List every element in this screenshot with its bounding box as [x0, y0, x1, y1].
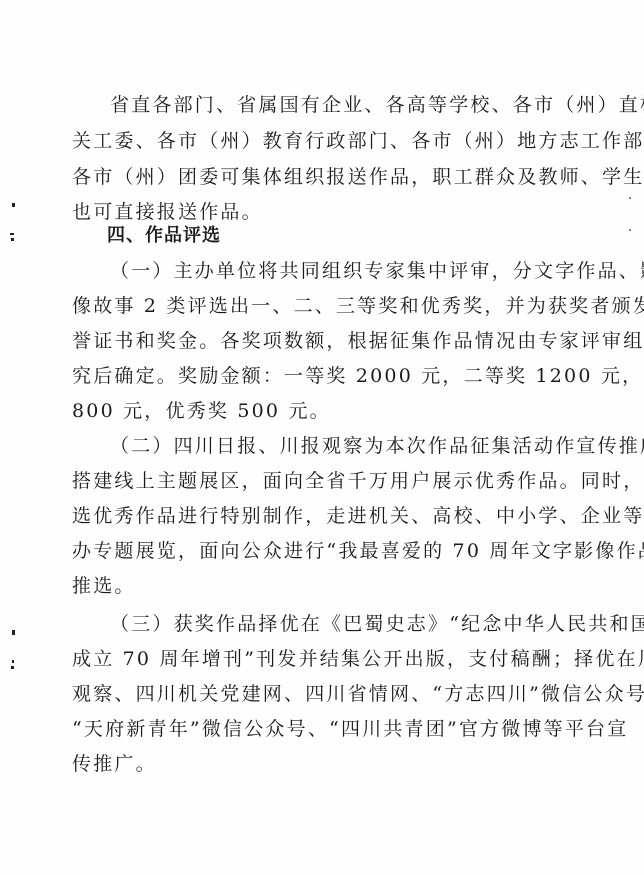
- item1-line-4: 究后确定。奖励金额：一等奖 2000 元，二等奖 1200 元，三等奖: [72, 364, 572, 388]
- item3-line-5: 传推广。: [72, 752, 572, 776]
- scan-speck: [629, 197, 631, 199]
- item1-line-5: 800 元，优秀奖 500 元。: [72, 399, 572, 423]
- document-page: 省直各部门、省属国有企业、各高等学校、各市（州）直机 关工委、各市（州）教育行政…: [0, 0, 644, 875]
- item2-line-3: 选优秀作品进行特别制作，走进机关、高校、中小学、企业等举: [72, 504, 572, 528]
- intro-line-3: 各市（州）团委可集体组织报送作品，职工群众及教师、学生等: [72, 165, 572, 189]
- item2-line-4: 办专题展览，面向公众进行“我最喜爱的 70 周年文字影像作品”: [72, 539, 572, 563]
- binding-hole-mark: [12, 660, 14, 663]
- item2-line-5: 推选。: [72, 574, 572, 598]
- binding-hole-mark: [11, 666, 14, 669]
- item2-line-1: （二）四川日报、川报观察为本次作品征集活动作宣传推广，: [110, 434, 572, 458]
- item1-line-2: 像故事 2 类评选出一、二、三等奖和优秀奖，并为获奖者颁发荣: [72, 294, 572, 318]
- item3-line-4: “天府新青年”微信公众号、“四川共青团”官方微博等平台宣: [72, 717, 572, 741]
- intro-line-1: 省直各部门、省属国有企业、各高等学校、各市（州）直机: [110, 93, 572, 117]
- item1-line-3: 誉证书和奖金。各奖项数额，根据征集作品情况由专家评审组研: [72, 329, 572, 353]
- binding-hole-mark: [12, 630, 15, 635]
- item3-line-2: 成立 70 周年增刊”刊发并结集公开出版，支付稿酬；择优在川报: [72, 647, 572, 671]
- item3-line-1: （三）获奖作品择优在《巴蜀史志》“纪念中华人民共和国: [110, 612, 572, 636]
- scan-speck: [629, 229, 631, 231]
- intro-line-2: 关工委、各市（州）教育行政部门、各市（州）地方志工作部门、: [72, 129, 572, 153]
- intro-line-4: 也可直接报送作品。: [72, 200, 572, 224]
- binding-hole-mark: [12, 203, 15, 207]
- item3-line-3: 观察、四川机关党建网、四川省情网、“方志四川”微信公众号、: [72, 682, 572, 706]
- item2-line-2: 搭建线上主题展区，面向全省千万用户展示优秀作品。同时，遴: [72, 469, 572, 493]
- binding-hole-mark: [11, 238, 14, 241]
- binding-hole-mark: [10, 233, 14, 235]
- section-heading-evaluation: 四、作品评选: [107, 224, 221, 248]
- item1-line-1: （一）主办单位将共同组织专家集中评审，分文字作品、影: [110, 259, 572, 283]
